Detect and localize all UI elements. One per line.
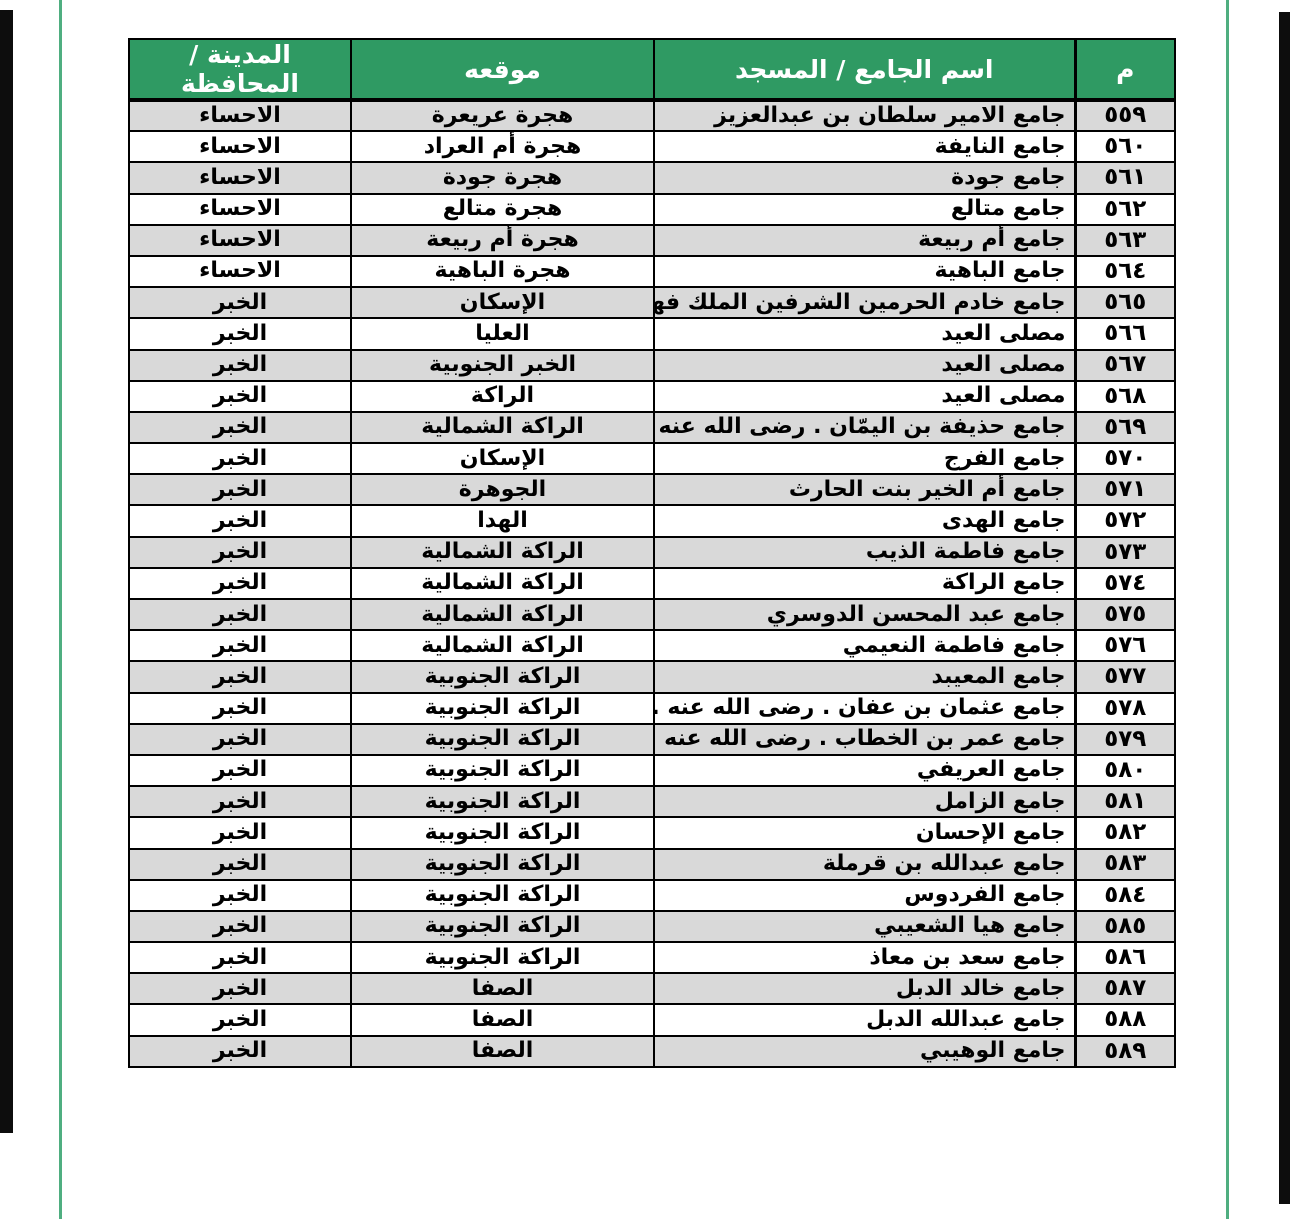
cell-location: هجرة جودة — [351, 162, 654, 193]
cell-location: الراكة الجنوبية — [351, 911, 654, 942]
cell-row-number: ٥٨٣ — [1075, 849, 1175, 880]
cell-city: الاحساء — [129, 256, 351, 287]
cell-city: الاحساء — [129, 162, 351, 193]
cell-mosque-name: جامع الامير سلطان بن عبدالعزيز — [654, 100, 1075, 131]
cell-row-number: ٥٨٦ — [1075, 942, 1175, 973]
cell-row-number: ٥٦٠ — [1075, 131, 1175, 162]
cell-location: هجرة متالع — [351, 194, 654, 225]
cell-row-number: ٥٧٧ — [1075, 661, 1175, 692]
table-row: ٥٦٣جامع أم ربيعةهجرة أم ربيعةالاحساء — [129, 225, 1175, 256]
table-row: ٥٧٤جامع الراكةالراكة الشماليةالخبر — [129, 568, 1175, 599]
cell-city: الخبر — [129, 568, 351, 599]
cell-city: الخبر — [129, 599, 351, 630]
cell-mosque-name: جامع عبدالله بن قرملة — [654, 849, 1075, 880]
table-row: ٥٧٥جامع عبد المحسن الدوسريالراكة الشمالي… — [129, 599, 1175, 630]
cell-mosque-name: جامع الزامل — [654, 786, 1075, 817]
table-row: ٥٨٨جامع عبدالله الدبلالصفاالخبر — [129, 1004, 1175, 1035]
header-location: موقعه — [351, 39, 654, 100]
cell-mosque-name: جامع حذيفة بن اليمّان . رضى الله عنه . — [654, 412, 1075, 443]
cell-city: الخبر — [129, 1004, 351, 1035]
cell-mosque-name: جامع الفرج — [654, 443, 1075, 474]
cell-location: هجرة أم ربيعة — [351, 225, 654, 256]
table-row: ٥٧٧جامع المعيبدالراكة الجنوبيةالخبر — [129, 661, 1175, 692]
table-row: ٥٧٩جامع عمر بن الخطاب . رضى الله عنه .ال… — [129, 724, 1175, 755]
cell-city: الخبر — [129, 287, 351, 318]
cell-mosque-name: جامع عمر بن الخطاب . رضى الله عنه . — [654, 724, 1075, 755]
table-row: ٥٨٠جامع العريفيالراكة الجنوبيةالخبر — [129, 755, 1175, 786]
cell-mosque-name: مصلى العيد — [654, 381, 1075, 412]
cell-location: الهدا — [351, 505, 654, 536]
table-row: ٥٧٠جامع الفرجالإسكانالخبر — [129, 443, 1175, 474]
cell-row-number: ٥٧٦ — [1075, 630, 1175, 661]
cell-city: الخبر — [129, 474, 351, 505]
cell-city: الخبر — [129, 911, 351, 942]
cell-location: الصفا — [351, 1004, 654, 1035]
cell-mosque-name: جامع العريفي — [654, 755, 1075, 786]
cell-row-number: ٥٦٩ — [1075, 412, 1175, 443]
cell-location: الإسكان — [351, 287, 654, 318]
cell-location: الراكة الشمالية — [351, 537, 654, 568]
cell-row-number: ٥٧٠ — [1075, 443, 1175, 474]
cell-city: الخبر — [129, 973, 351, 1004]
cell-mosque-name: جامع الهدى — [654, 505, 1075, 536]
cell-location: الراكة الجنوبية — [351, 661, 654, 692]
cell-mosque-name: جامع عبد المحسن الدوسري — [654, 599, 1075, 630]
cell-location: هجرة الباهية — [351, 256, 654, 287]
cell-mosque-name: جامع خالد الدبل — [654, 973, 1075, 1004]
header-number-column: م — [1075, 39, 1175, 100]
table-row: ٥٧٣جامع فاطمة الذيبالراكة الشماليةالخبر — [129, 537, 1175, 568]
cell-row-number: ٥٦٨ — [1075, 381, 1175, 412]
cell-row-number: ٥٦١ — [1075, 162, 1175, 193]
cell-city: الاحساء — [129, 194, 351, 225]
table-row: ٥٨٦جامع سعد بن معاذالراكة الجنوبيةالخبر — [129, 942, 1175, 973]
cell-city: الخبر — [129, 693, 351, 724]
cell-mosque-name: جامع سعد بن معاذ — [654, 942, 1075, 973]
table-row: ٥٦٨مصلى العيدالراكةالخبر — [129, 381, 1175, 412]
cell-location: الراكة الجنوبية — [351, 724, 654, 755]
cell-location: الراكة الجنوبية — [351, 755, 654, 786]
cell-city: الخبر — [129, 630, 351, 661]
cell-city: الخبر — [129, 849, 351, 880]
cell-row-number: ٥٨٥ — [1075, 911, 1175, 942]
cell-location: الراكة الجنوبية — [351, 942, 654, 973]
cell-city: الاحساء — [129, 100, 351, 131]
table-row: ٥٨٣جامع عبدالله بن قرملةالراكة الجنوبيةا… — [129, 849, 1175, 880]
table-row: ٥٦١جامع جودةهجرة جودةالاحساء — [129, 162, 1175, 193]
cell-mosque-name: جامع عبدالله الدبل — [654, 1004, 1075, 1035]
cell-row-number: ٥٦٧ — [1075, 350, 1175, 381]
cell-mosque-name: جامع الوهيبي — [654, 1036, 1075, 1067]
table-row: ٥٨٥جامع هيا الشعيبيالراكة الجنوبيةالخبر — [129, 911, 1175, 942]
cell-location: الصفا — [351, 973, 654, 1004]
cell-row-number: ٥٨٧ — [1075, 973, 1175, 1004]
table-row: ٥٦٤جامع الباهيةهجرة الباهيةالاحساء — [129, 256, 1175, 287]
green-rule-right — [1226, 0, 1229, 1219]
table-row: ٥٦٥جامع خادم الحرمين الشرفين الملك فهدال… — [129, 287, 1175, 318]
cell-city: الخبر — [129, 318, 351, 349]
scan-edge-right — [1279, 12, 1290, 1204]
cell-row-number: ٥٨١ — [1075, 786, 1175, 817]
cell-location: هجرة أم العراد — [351, 131, 654, 162]
cell-city: الخبر — [129, 942, 351, 973]
cell-location: الجوهرة — [351, 474, 654, 505]
table-row: ٥٨١جامع الزاملالراكة الجنوبيةالخبر — [129, 786, 1175, 817]
cell-mosque-name: جامع الفردوس — [654, 880, 1075, 911]
cell-row-number: ٥٦٤ — [1075, 256, 1175, 287]
cell-city: الخبر — [129, 817, 351, 848]
table-body: ٥٥٩جامع الامير سلطان بن عبدالعزيزهجرة عر… — [129, 100, 1175, 1067]
cell-row-number: ٥٦٥ — [1075, 287, 1175, 318]
cell-mosque-name: جامع الراكة — [654, 568, 1075, 599]
cell-row-number: ٥٧٤ — [1075, 568, 1175, 599]
header-city-governorate: المدينة / المحافظة — [129, 39, 351, 100]
cell-mosque-name: جامع متالع — [654, 194, 1075, 225]
cell-row-number: ٥٧١ — [1075, 474, 1175, 505]
cell-row-number: ٥٧٢ — [1075, 505, 1175, 536]
cell-city: الخبر — [129, 381, 351, 412]
mosques-table: م اسم الجامع / المسجد موقعه المدينة / ال… — [128, 38, 1176, 1068]
cell-row-number: ٥٧٩ — [1075, 724, 1175, 755]
table-row: ٥٦٠جامع النايفةهجرة أم العرادالاحساء — [129, 131, 1175, 162]
cell-location: الراكة الجنوبية — [351, 786, 654, 817]
table-row: ٥٦٩جامع حذيفة بن اليمّان . رضى الله عنه … — [129, 412, 1175, 443]
cell-mosque-name: جامع جودة — [654, 162, 1075, 193]
cell-city: الخبر — [129, 880, 351, 911]
cell-location: الراكة الشمالية — [351, 412, 654, 443]
cell-row-number: ٥٧٨ — [1075, 693, 1175, 724]
scan-edge-left — [0, 10, 13, 1133]
cell-location: الراكة الشمالية — [351, 568, 654, 599]
table-row: ٥٨٩جامع الوهيبيالصفاالخبر — [129, 1036, 1175, 1067]
cell-row-number: ٥٨٠ — [1075, 755, 1175, 786]
cell-location: الراكة الجنوبية — [351, 849, 654, 880]
cell-location: الراكة الجنوبية — [351, 693, 654, 724]
table-row: ٥٦٧مصلى العيدالخبر الجنوبيةالخبر — [129, 350, 1175, 381]
cell-city: الخبر — [129, 661, 351, 692]
scanned-document-page: م اسم الجامع / المسجد موقعه المدينة / ال… — [0, 0, 1290, 1219]
cell-location: الراكة الجنوبية — [351, 880, 654, 911]
cell-row-number: ٥٨٨ — [1075, 1004, 1175, 1035]
table-row: ٥٧٨جامع عثمان بن عفان . رضى الله عنه .ال… — [129, 693, 1175, 724]
cell-location: الراكة — [351, 381, 654, 412]
table-row: ٥٧٦جامع فاطمة النعيميالراكة الشماليةالخب… — [129, 630, 1175, 661]
cell-row-number: ٥٦٣ — [1075, 225, 1175, 256]
table-row: ٥٥٩جامع الامير سلطان بن عبدالعزيزهجرة عر… — [129, 100, 1175, 131]
cell-row-number: ٥٨٤ — [1075, 880, 1175, 911]
table-row: ٥٧١جامع أم الخير بنت الحارثالجوهرةالخبر — [129, 474, 1175, 505]
cell-row-number: ٥٧٣ — [1075, 537, 1175, 568]
cell-mosque-name: مصلى العيد — [654, 350, 1075, 381]
cell-mosque-name: جامع فاطمة الذيب — [654, 537, 1075, 568]
cell-city: الخبر — [129, 1036, 351, 1067]
cell-mosque-name: جامع خادم الحرمين الشرفين الملك فهد — [654, 287, 1075, 318]
cell-city: الخبر — [129, 505, 351, 536]
cell-mosque-name: جامع أم الخير بنت الحارث — [654, 474, 1075, 505]
table-row: ٥٦٢جامع متالعهجرة متالعالاحساء — [129, 194, 1175, 225]
green-rule-left — [59, 0, 62, 1219]
header-mosque-name: اسم الجامع / المسجد — [654, 39, 1075, 100]
cell-mosque-name: جامع الإحسان — [654, 817, 1075, 848]
cell-city: الخبر — [129, 443, 351, 474]
cell-location: الصفا — [351, 1036, 654, 1067]
table-row: ٥٨٤جامع الفردوسالراكة الجنوبيةالخبر — [129, 880, 1175, 911]
table-row: ٥٧٢جامع الهدىالهداالخبر — [129, 505, 1175, 536]
table-row: ٥٦٦مصلى العيدالعلياالخبر — [129, 318, 1175, 349]
cell-location: الراكة الشمالية — [351, 599, 654, 630]
cell-row-number: ٥٦٢ — [1075, 194, 1175, 225]
cell-city: الخبر — [129, 724, 351, 755]
table-row: ٥٨٧جامع خالد الدبلالصفاالخبر — [129, 973, 1175, 1004]
cell-location: الراكة الجنوبية — [351, 817, 654, 848]
cell-row-number: ٥٧٥ — [1075, 599, 1175, 630]
cell-city: الخبر — [129, 786, 351, 817]
table-row: ٥٨٢جامع الإحسانالراكة الجنوبيةالخبر — [129, 817, 1175, 848]
cell-location: الإسكان — [351, 443, 654, 474]
cell-location: العليا — [351, 318, 654, 349]
cell-row-number: ٥٨٢ — [1075, 817, 1175, 848]
cell-city: الخبر — [129, 350, 351, 381]
cell-location: الخبر الجنوبية — [351, 350, 654, 381]
cell-mosque-name: جامع هيا الشعيبي — [654, 911, 1075, 942]
cell-mosque-name: جامع النايفة — [654, 131, 1075, 162]
cell-mosque-name: جامع المعيبد — [654, 661, 1075, 692]
cell-mosque-name: جامع عثمان بن عفان . رضى الله عنه . — [654, 693, 1075, 724]
cell-city: الاحساء — [129, 225, 351, 256]
cell-row-number: ٥٦٦ — [1075, 318, 1175, 349]
cell-mosque-name: جامع فاطمة النعيمي — [654, 630, 1075, 661]
cell-city: الخبر — [129, 755, 351, 786]
table-header-row: م اسم الجامع / المسجد موقعه المدينة / ال… — [129, 39, 1175, 100]
cell-city: الاحساء — [129, 131, 351, 162]
cell-city: الخبر — [129, 412, 351, 443]
cell-row-number: ٥٥٩ — [1075, 100, 1175, 131]
cell-mosque-name: جامع أم ربيعة — [654, 225, 1075, 256]
cell-row-number: ٥٨٩ — [1075, 1036, 1175, 1067]
cell-location: هجرة عريعرة — [351, 100, 654, 131]
cell-mosque-name: مصلى العيد — [654, 318, 1075, 349]
cell-location: الراكة الشمالية — [351, 630, 654, 661]
cell-mosque-name: جامع الباهية — [654, 256, 1075, 287]
cell-city: الخبر — [129, 537, 351, 568]
